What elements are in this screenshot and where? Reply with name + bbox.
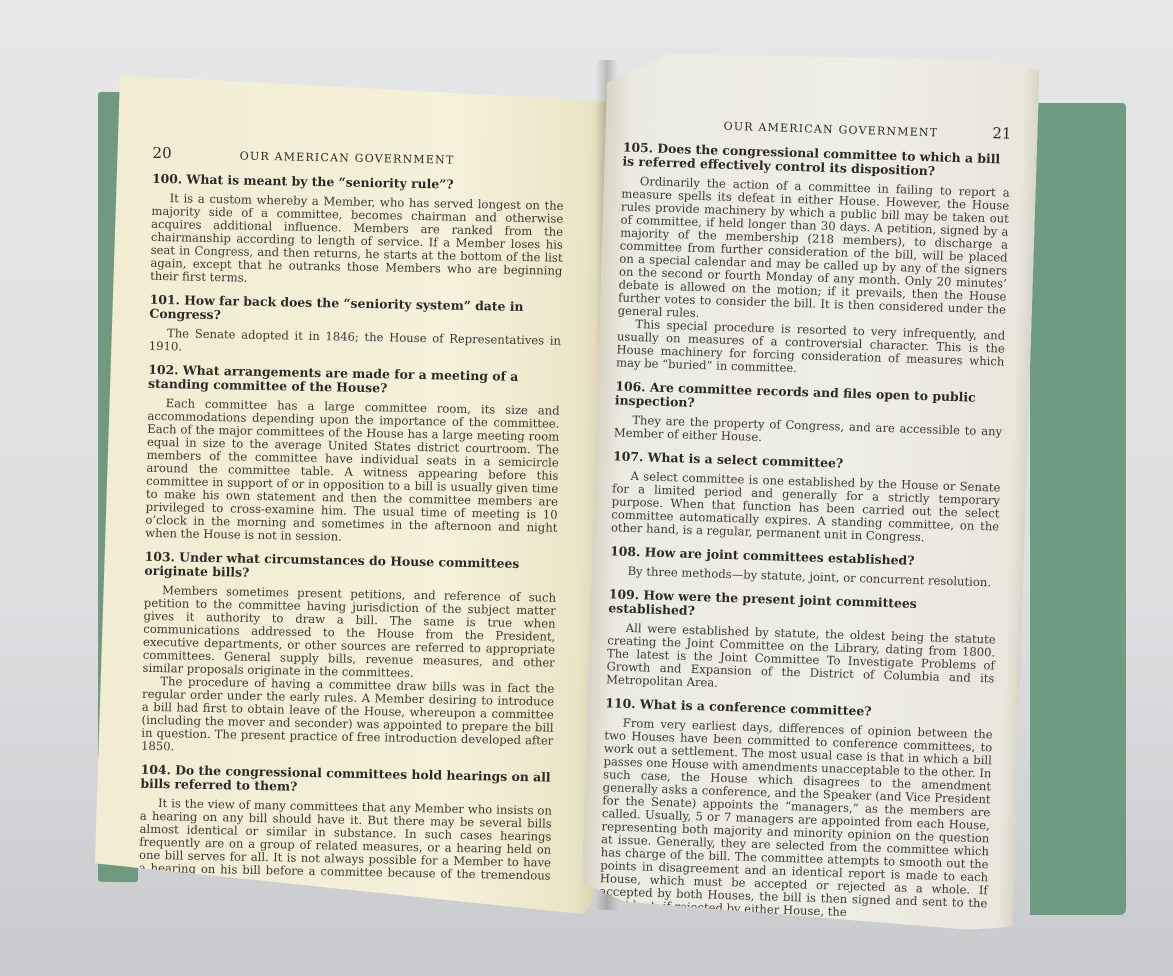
- book-cover-right-edge: [1030, 103, 1126, 915]
- question-heading: 102. What arrangements are made for a me…: [148, 363, 560, 399]
- answer-paragraph: A select committee is one established by…: [611, 469, 1001, 546]
- answer-paragraph: The Senate adopted it in 1846; the House…: [149, 327, 561, 361]
- answer-paragraph: The procedure of having a committee draw…: [141, 675, 554, 761]
- answer-paragraph: Each committee has a large committee roo…: [145, 397, 560, 548]
- running-head: OUR AMERICAN GOVERNMENT 21: [623, 113, 1011, 143]
- question-heading: 104. Do the congressional committees hol…: [140, 763, 552, 799]
- page-number: 21: [992, 124, 1012, 143]
- question-heading: 103. Under what circumstances do House c…: [144, 550, 556, 586]
- running-head-title: OUR AMERICAN GOVERNMENT: [723, 120, 938, 140]
- answer-paragraph: From very earliest days, differences of …: [599, 716, 993, 923]
- answer-paragraph: This special procedure is resorted to ve…: [616, 317, 1005, 381]
- page-number: 20: [152, 144, 171, 162]
- running-head-title: OUR AMERICAN GOVERNMENT: [240, 150, 455, 167]
- running-head: 20 OUR AMERICAN GOVERNMENT: [152, 144, 564, 170]
- answer-paragraph: Ordinarily the action of a committee in …: [618, 175, 1010, 330]
- left-page: 20 OUR AMERICAN GOVERNMENT 100. What is …: [94, 75, 610, 914]
- answer-paragraph: Members sometimes present petitions, and…: [142, 584, 556, 683]
- answer-paragraph: It is a custom whereby a Member, who has…: [150, 192, 564, 291]
- answer-paragraph: It is the view of many committees that a…: [138, 797, 552, 896]
- answer-paragraph: They are the property of Congress, and a…: [614, 413, 1003, 451]
- question-heading: 100. What is meant by the “seniority rul…: [152, 172, 564, 194]
- right-page: OUR AMERICAN GOVERNMENT 21 105. Does the…: [581, 48, 1040, 931]
- question-heading: 101. How far back does the “seniority sy…: [149, 293, 561, 329]
- answer-paragraph: All were established by statute, the old…: [606, 621, 996, 698]
